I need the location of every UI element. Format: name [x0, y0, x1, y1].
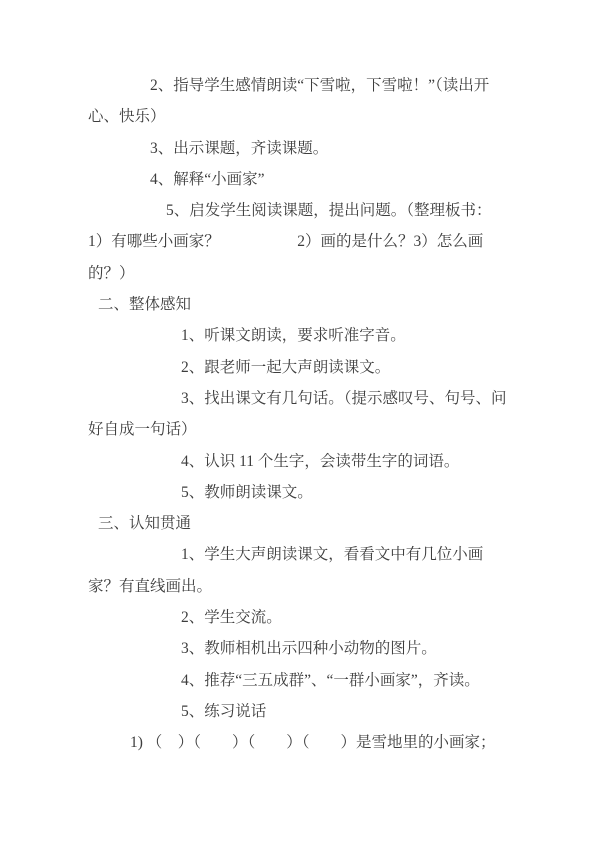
numbered-step: 1、学生大声朗读课文，看看文中有几位小画家？有直线画出。 [88, 539, 507, 602]
numbered-step: 5、练习说话 [88, 696, 507, 727]
numbered-step: 4、认识 11 个生字，会读带生字的词语。 [88, 446, 507, 477]
numbered-step: 1、听课文朗读，要求听准字音。 [88, 320, 507, 351]
numbered-step: 4、解释“小画家” [88, 164, 507, 195]
numbered-step: 3、教师相机出示四种小动物的图片。 [88, 633, 507, 664]
document-body: 2、指导学生感情朗读“下雪啦，下雪啦！”（读出开心、快乐） 3、出示课题，齐读课… [88, 70, 507, 759]
fill-in-blank-line: 1) （ ）（ ）（ ）（ ）是雪地里的小画家； [88, 727, 507, 758]
numbered-step: 3、找出课文有几句话。（提示感叹号、句号、问好自成一句话） [88, 383, 507, 446]
numbered-step: 5、启发学生阅读课题，提出问题。（整理板书：1）有哪些小画家？ 2）画的是什么？… [88, 195, 507, 289]
numbered-step: 2、指导学生感情朗读“下雪啦，下雪啦！”（读出开心、快乐） [88, 70, 507, 133]
section-heading: 三、认知贯通 [88, 508, 507, 539]
numbered-step: 4、推荐“三五成群”、“一群小画家”，齐读。 [88, 665, 507, 696]
document-page: 2、指导学生感情朗读“下雪啦，下雪啦！”（读出开心、快乐） 3、出示课题，齐读课… [0, 0, 595, 842]
section-heading: 二、整体感知 [88, 289, 507, 320]
numbered-step: 2、跟老师一起大声朗读课文。 [88, 352, 507, 383]
numbered-step: 2、学生交流。 [88, 602, 507, 633]
numbered-step: 3、出示课题，齐读课题。 [88, 133, 507, 164]
numbered-step: 5、教师朗读课文。 [88, 477, 507, 508]
